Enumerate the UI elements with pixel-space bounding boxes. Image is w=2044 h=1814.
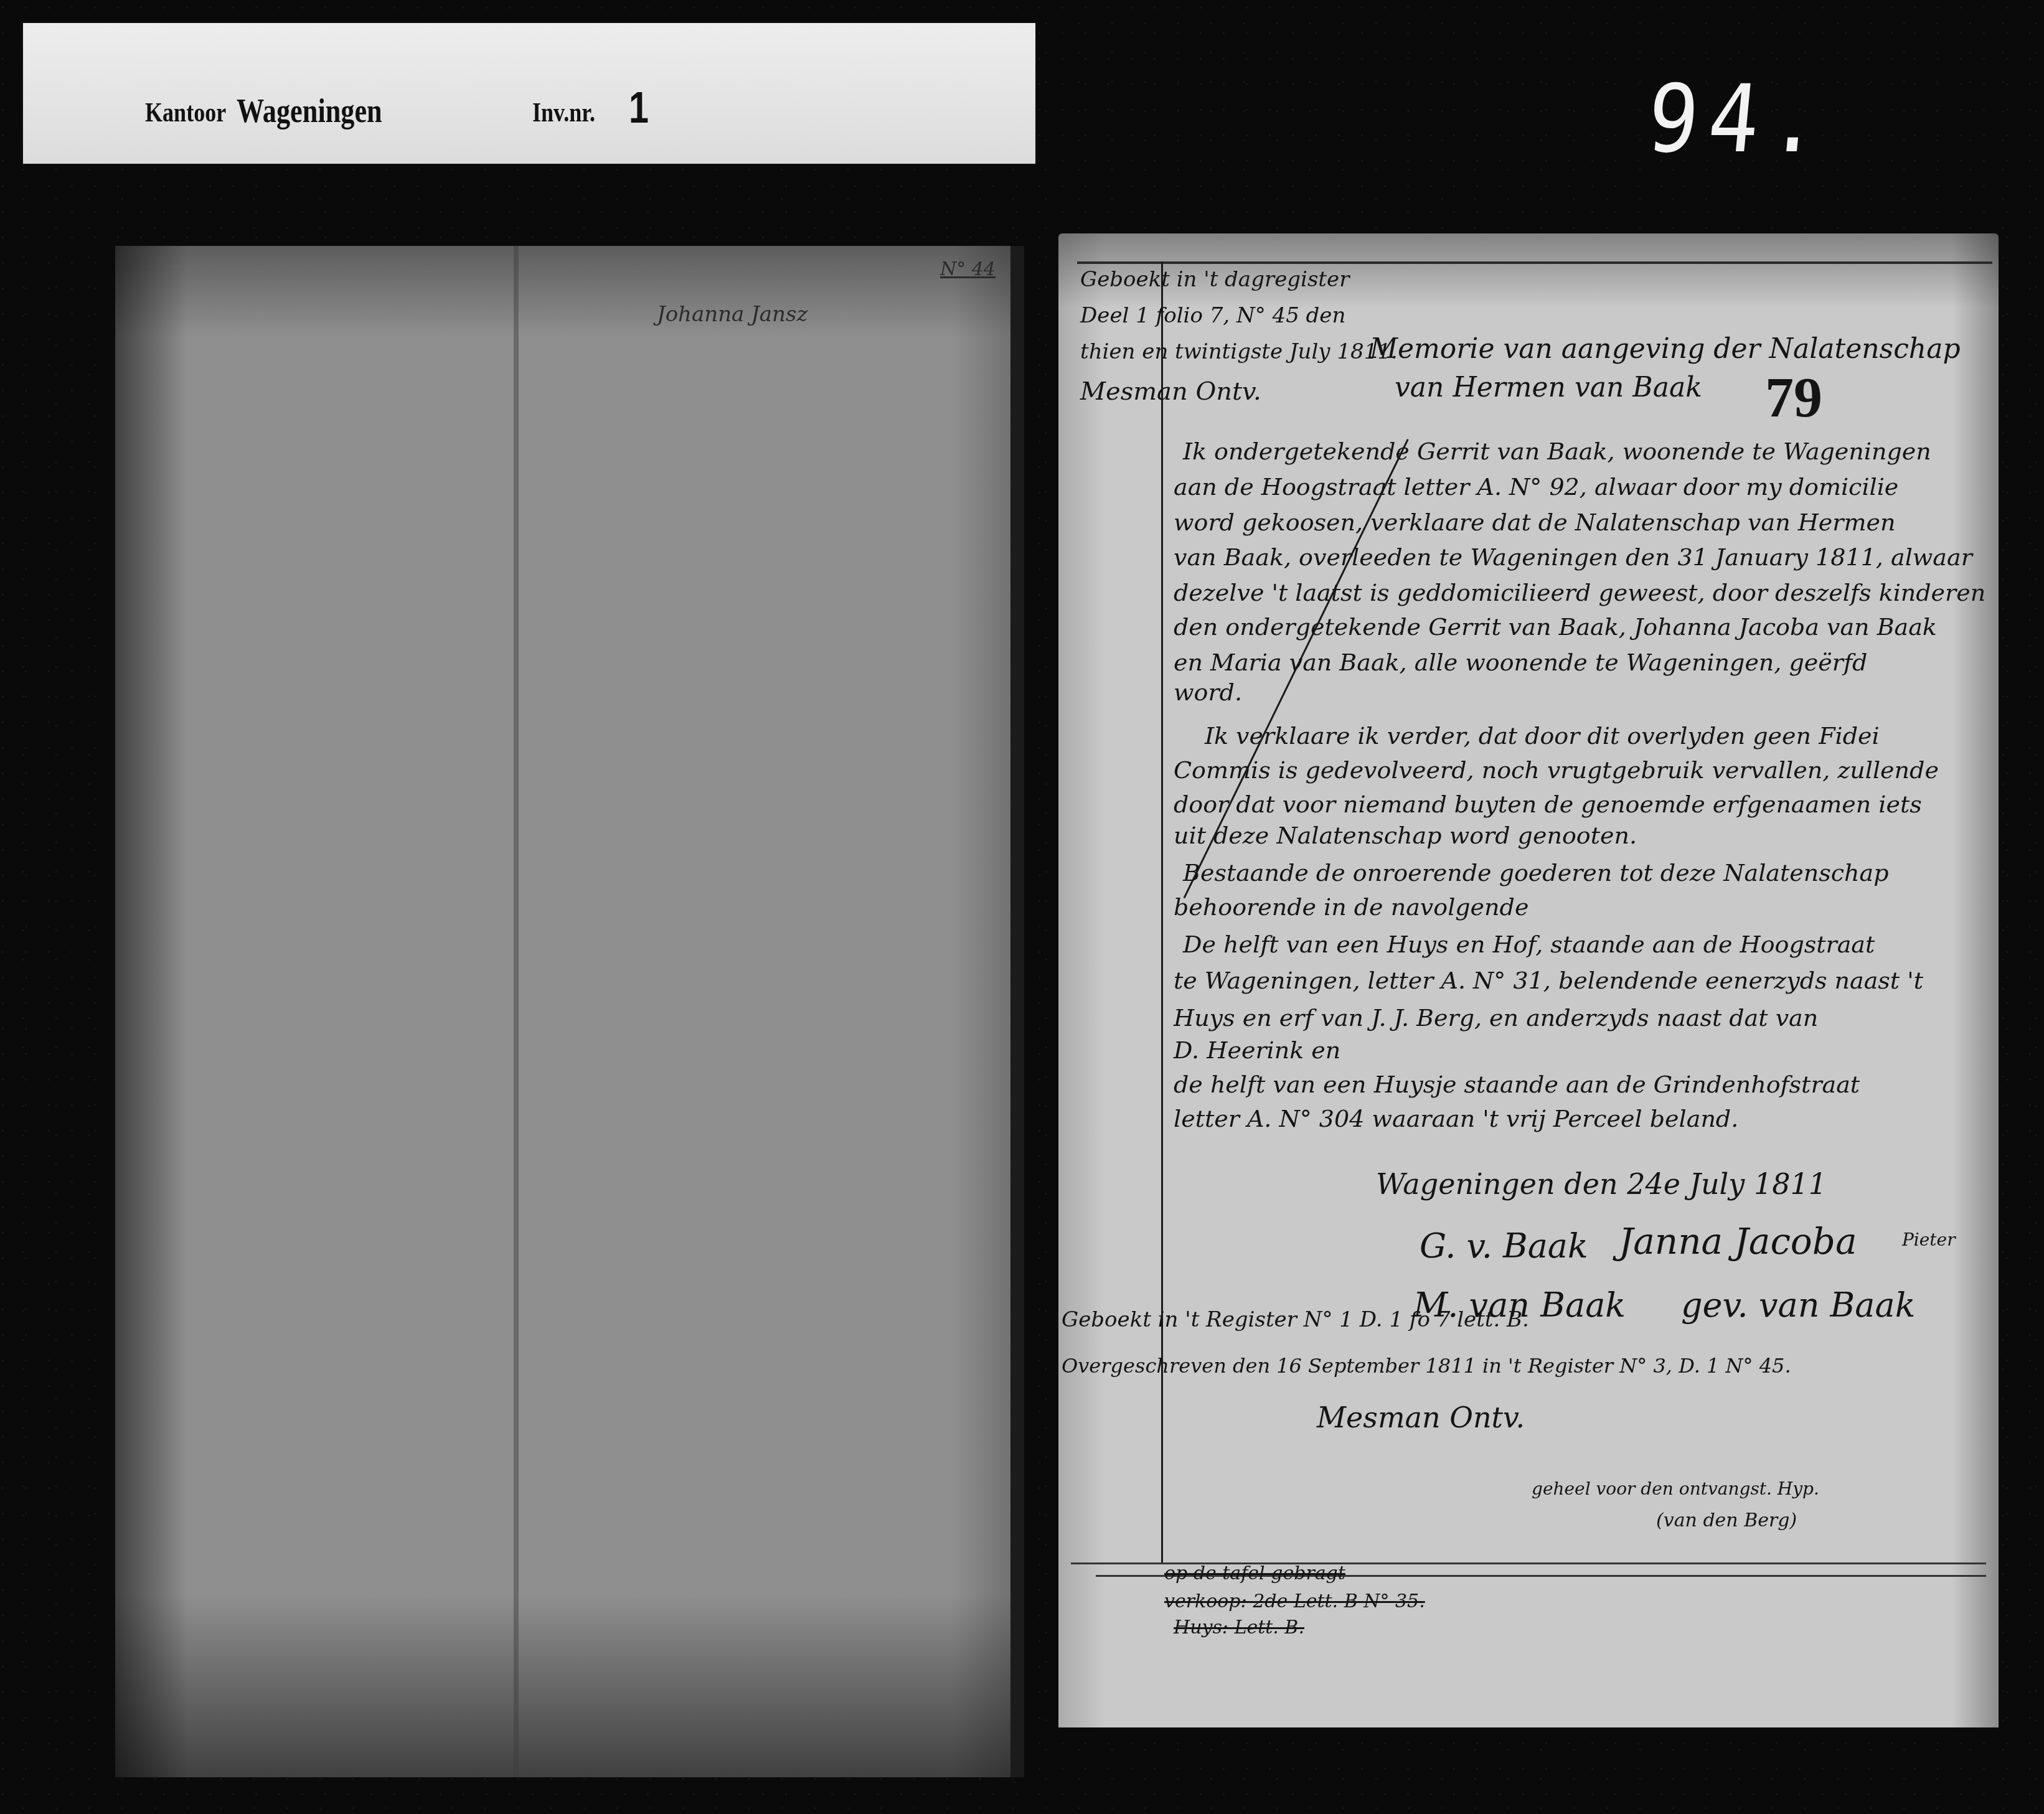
- body-line: te Wageningen, letter A. N° 31, belenden…: [1174, 967, 1923, 994]
- left-page-name-note: Johanna Jansz: [657, 302, 808, 327]
- struck-note-line: verkoop: 2de Lett. B N° 35.: [1164, 1591, 1425, 1612]
- body-line: De helft van een Huys en Hof, staande aa…: [1183, 931, 1875, 958]
- body-line: Ik ondergetekende Gerrit van Baak, woone…: [1183, 438, 1931, 465]
- body-line: Bestaande de onroerende goederen tot dez…: [1183, 859, 1888, 886]
- left-page-number-note: N° 44: [940, 258, 996, 280]
- body-line: de helft van een Huysje staande aan de G…: [1174, 1071, 1860, 1098]
- body-line: Huys en erf van J. J. Berg, en anderzyds…: [1174, 1004, 1818, 1032]
- body-line: van Baak, overleeden te Wageningen den 3…: [1174, 543, 1972, 571]
- inventory-label: Inv.nr.: [532, 96, 595, 128]
- body-line: Ik verklaare ik verder, dat door dit ove…: [1205, 722, 1880, 750]
- body-line: dezelve 't laatst is geddomicilieerd gew…: [1174, 579, 1985, 606]
- body-line: word.: [1174, 679, 1242, 706]
- body-line: letter A. N° 304 waaraan 't vrij Perceel…: [1174, 1105, 1738, 1132]
- margin-note-line: thien en twintigste July 1811.: [1080, 334, 1398, 370]
- signature-gev-van-baak: gev. van Baak: [1681, 1285, 1915, 1325]
- archive-label-strip: Kantoor Wageningen Inv.nr. 1: [22, 22, 1037, 165]
- margin-note-line: Geboekt in 't dagregister: [1080, 261, 1398, 298]
- left-page: Johanna Jansz N° 44: [115, 246, 1024, 1777]
- body-line: behoorende in de navolgende: [1174, 893, 1528, 921]
- heading-line: van Hermen van Baak: [1370, 369, 1961, 407]
- folio-number: 79: [1765, 364, 1822, 430]
- body-line: word gekoosen, verklaare dat de Nalatens…: [1174, 509, 1895, 536]
- body-line: den ondergetekende Gerrit van Baak, Joha…: [1174, 613, 1937, 641]
- signature-extra: Pieter: [1902, 1229, 1956, 1250]
- body-line: Commis is gedevolveerd, noch vrugtgebrui…: [1174, 756, 1939, 784]
- body-line: en Maria van Baak, alle woonende te Wage…: [1174, 649, 1867, 676]
- registrar-signature: Mesman Ontv.: [1317, 1401, 1525, 1434]
- page-binding: [1010, 246, 1024, 1777]
- margin-note-line: Deel 1 folio 7, N° 45 den: [1080, 298, 1398, 334]
- heading-line: Memorie van aangeving der Nalatenschap: [1370, 330, 1961, 369]
- signature-g-van-baak: G. v. Baak: [1420, 1226, 1588, 1266]
- body-line: door dat voor niemand buyten de genoemde…: [1174, 791, 1922, 818]
- body-line: uit deze Nalatenschap word genooten.: [1174, 822, 1637, 849]
- keeper-note-name: (van den Berg): [1656, 1510, 1797, 1531]
- office-value: Wageningen: [237, 92, 382, 130]
- inventory-number: 1: [629, 83, 649, 133]
- right-page: Geboekt in 't dagregister Deel 1 folio 7…: [1058, 233, 1999, 1727]
- office-label: Kantoor: [145, 96, 226, 128]
- struck-note-line: Huys: Lett. B.: [1174, 1617, 1304, 1638]
- margin-note: Geboekt in 't dagregister Deel 1 folio 7…: [1080, 261, 1398, 410]
- date-line: Wageningen den 24e July 1811: [1376, 1167, 1827, 1201]
- margin-note-signature: Mesman Ontv.: [1080, 374, 1398, 410]
- keeper-note: geheel voor den ontvangst. Hyp.: [1532, 1478, 1819, 1499]
- registration-note: Overgeschreven den 16 September 1811 in …: [1062, 1354, 1791, 1378]
- body-line: aan de Hoogstraat letter A. N° 92, alwaa…: [1174, 473, 1898, 500]
- document-heading: Memorie van aangeving der Nalatenschap v…: [1370, 330, 1961, 407]
- frame-number: 94.: [1643, 65, 1835, 174]
- signature-janna-jacoba: Janna Jacoba: [1619, 1220, 1857, 1262]
- registration-note: Geboekt in 't Register N° 1 D. 1 fo 7 le…: [1062, 1307, 1529, 1332]
- page-fold: [514, 246, 519, 1777]
- struck-note-line: op de tafel gebragt: [1164, 1563, 1345, 1584]
- body-line: D. Heerink en: [1174, 1036, 1340, 1064]
